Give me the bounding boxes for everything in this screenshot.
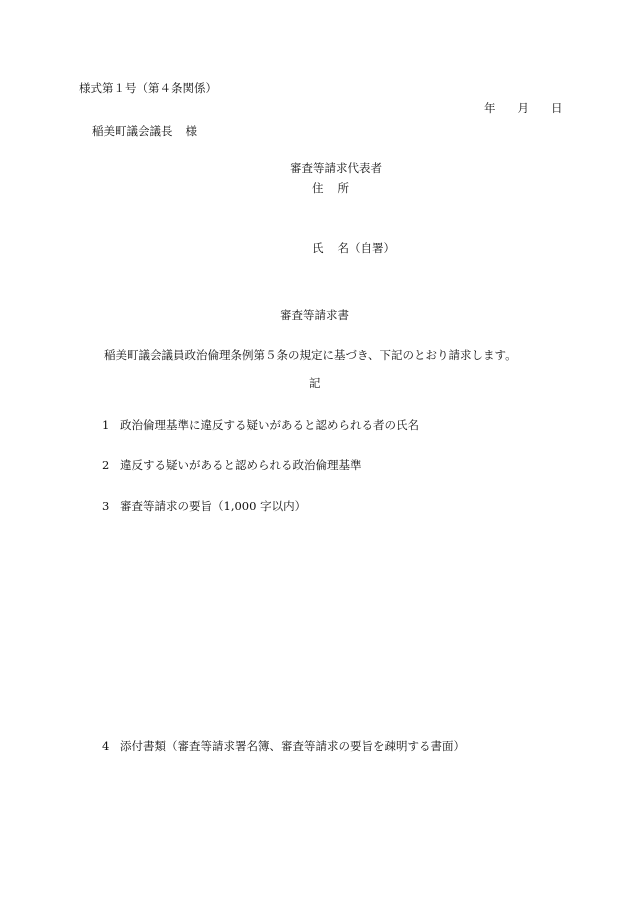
address-label-1: 住 (312, 181, 324, 195)
address-label: 住所 (312, 181, 349, 195)
ki-heading: 記 (309, 376, 321, 390)
list-item: 2違反する疑いがあると認められる政治倫理基準 (102, 458, 362, 472)
item-text: 政治倫理基準に違反する疑いがあると認められる者の氏名 (120, 418, 419, 432)
summary-blank-area (118, 520, 558, 720)
month-label: 月 (518, 101, 530, 115)
item-number: 2 (102, 458, 120, 472)
addressee-name: 稲美町議会議長 (92, 124, 173, 138)
name-label-2: 名（自署） (338, 241, 396, 255)
item-number: 4 (102, 739, 120, 753)
year-label: 年 (484, 101, 496, 115)
representative-title: 審査等請求代表者 (290, 161, 382, 175)
address-label-2: 所 (338, 181, 350, 195)
date-line: 年月日 (462, 101, 563, 115)
name-label: 氏名（自署） (312, 241, 395, 255)
list-item: 3審査等請求の要旨（1,000 字以内） (102, 499, 306, 513)
addressee: 稲美町議会議長様 (92, 124, 197, 138)
body-text: 稲美町議会議員政治倫理条例第５条の規定に基づき、下記のとおり請求します。 (104, 348, 517, 362)
day-label: 日 (551, 101, 563, 115)
name-label-1: 氏 (312, 241, 324, 255)
item-text: 添付書類（審査等請求署名簿、審査等請求の要旨を疎明する書面） (120, 739, 465, 753)
item-number: 3 (102, 499, 120, 513)
list-item: 1政治倫理基準に違反する疑いがあると認められる者の氏名 (102, 418, 419, 432)
addressee-honorific: 様 (186, 124, 198, 138)
item-text: 審査等請求の要旨（1,000 字以内） (120, 499, 306, 513)
list-item: 4添付書類（審査等請求署名簿、審査等請求の要旨を疎明する書面） (102, 739, 465, 753)
document-page: 様式第１号（第４条関係） 年月日 稲美町議会議長様 審査等請求代表者 住所 氏名… (0, 0, 630, 903)
item-number: 1 (102, 418, 120, 432)
document-title: 審査等請求書 (280, 308, 349, 322)
item-text: 違反する疑いがあると認められる政治倫理基準 (120, 458, 362, 472)
form-number: 様式第１号（第４条関係） (79, 81, 217, 95)
